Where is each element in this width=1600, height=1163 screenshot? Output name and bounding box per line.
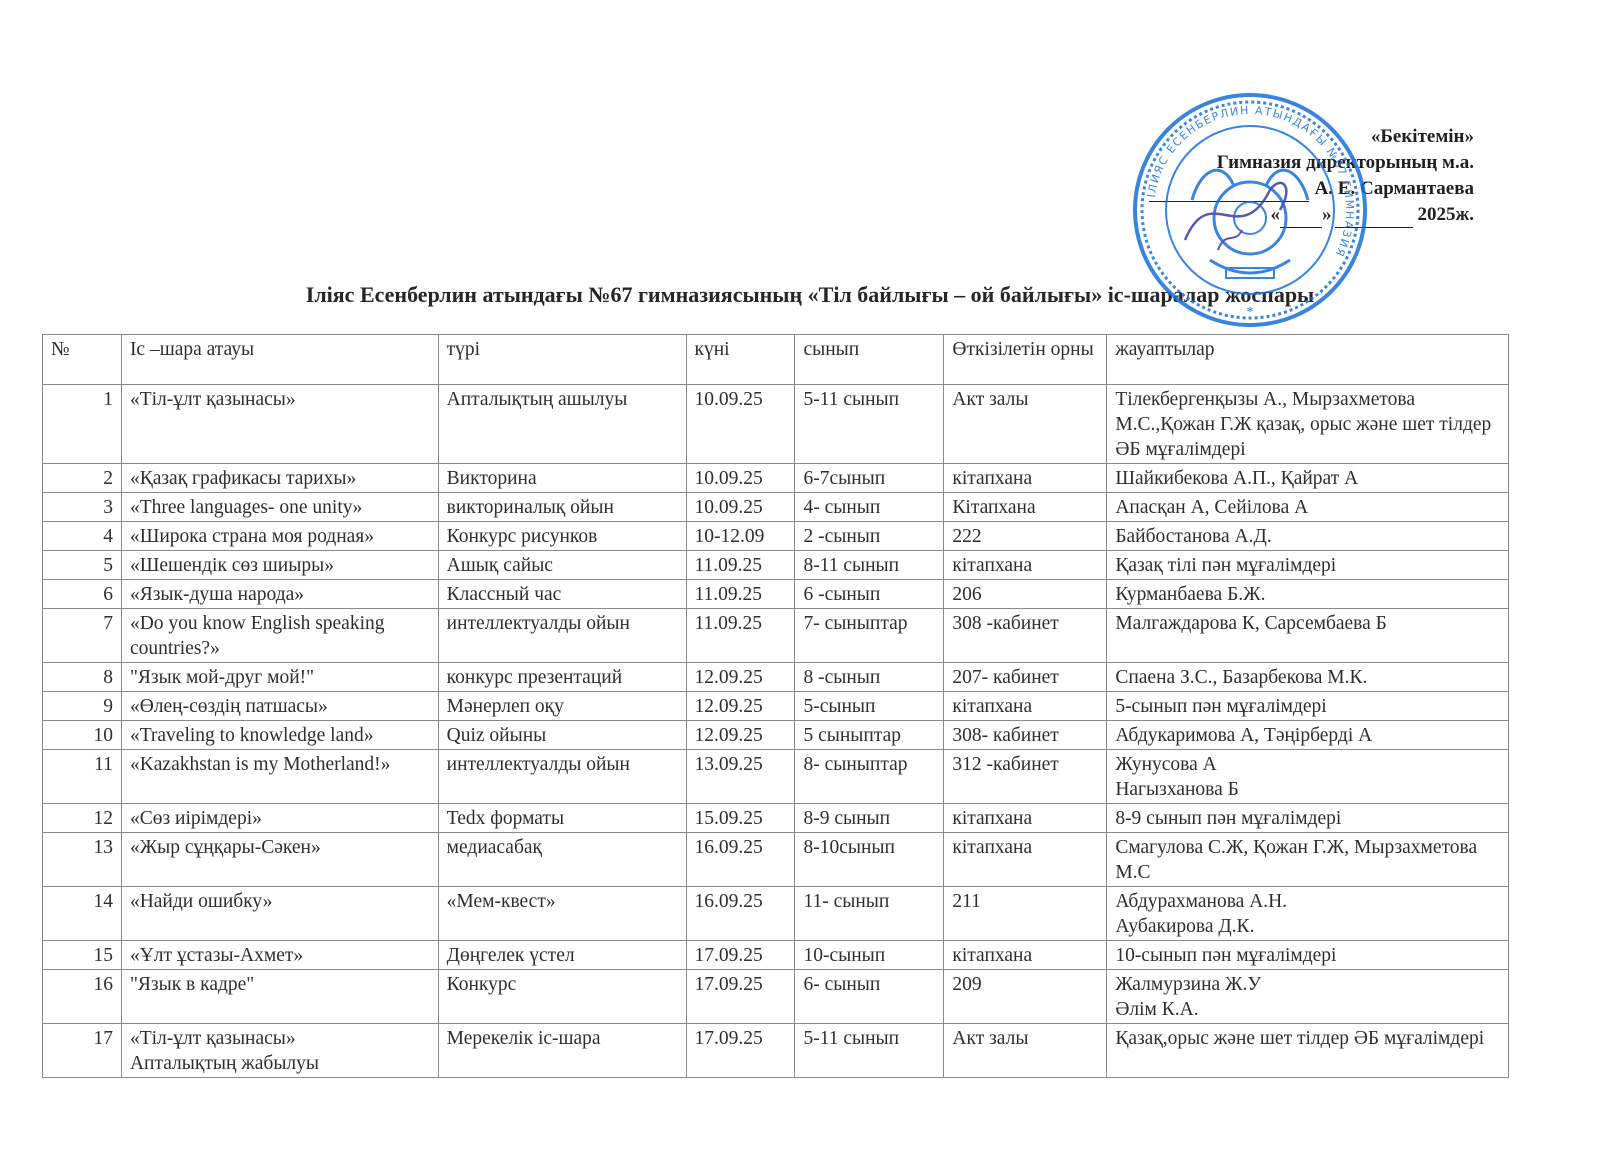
document-title: Іліяс Есенберлин атындағы №67 гимназиясы…: [0, 282, 1600, 308]
cell-type: Конкурс: [438, 970, 686, 1024]
cell-responsible-line: Әлім К.А.: [1115, 997, 1502, 1022]
date-month-blank: [1335, 209, 1413, 228]
cell-number: 4: [43, 522, 122, 551]
cell-responsible: Байбостанова А.Д.: [1107, 522, 1509, 551]
cell-date: 11.09.25: [686, 551, 795, 580]
cell-date: 10-12.09: [686, 522, 795, 551]
table-row: 11«Kazakhstan is my Motherland!»интеллек…: [43, 750, 1509, 804]
cell-event-name: «Широка страна моя родная»: [121, 522, 438, 551]
cell-place: 308- кабинет: [944, 721, 1107, 750]
cell-place: 222: [944, 522, 1107, 551]
cell-event-name: «Жыр сұңқары-Сәкен»: [121, 833, 438, 887]
cell-event-name-line: «Тіл-ұлт қазынасы»: [130, 1026, 432, 1051]
cell-place: Акт залы: [944, 385, 1107, 464]
cell-date: 12.09.25: [686, 663, 795, 692]
approval-position: Гимназия директорының м.а.: [1149, 150, 1474, 176]
cell-number: 14: [43, 887, 122, 941]
cell-class: 5-11 сынып: [795, 1024, 944, 1078]
cell-type: Мерекелік іс-шара: [438, 1024, 686, 1078]
cell-responsible: Жунусова АНагызханова Б: [1107, 750, 1509, 804]
cell-responsible: 5-сынып пән мұғалімдері: [1107, 692, 1509, 721]
cell-event-name: «Тіл-ұлт қазынасы»: [121, 385, 438, 464]
table-row: 17«Тіл-ұлт қазынасы»Апталықтың жабылуыМе…: [43, 1024, 1509, 1078]
table-row: 1«Тіл-ұлт қазынасы»Апталықтың ашылуы10.0…: [43, 385, 1509, 464]
cell-class: 5-11 сынып: [795, 385, 944, 464]
cell-date: 16.09.25: [686, 887, 795, 941]
cell-number: 10: [43, 721, 122, 750]
signature-line: [1149, 183, 1309, 202]
cell-responsible: Абдукаримова А, Тәңірберді А: [1107, 721, 1509, 750]
cell-class: 6 -сынып: [795, 580, 944, 609]
cell-date: 13.09.25: [686, 750, 795, 804]
header-event-name: Іс –шара атауы: [121, 335, 438, 385]
cell-type: интеллектуалды ойын: [438, 750, 686, 804]
cell-type: Ашық сайыс: [438, 551, 686, 580]
cell-class: 5-сынып: [795, 692, 944, 721]
date-open-quote: «: [1270, 204, 1280, 225]
cell-number: 6: [43, 580, 122, 609]
cell-responsible: Спаена З.С., Базарбекова М.К.: [1107, 663, 1509, 692]
cell-class: 8-10сынып: [795, 833, 944, 887]
cell-type: Апталықтың ашылуы: [438, 385, 686, 464]
cell-event-name: «Traveling to knowledge land»: [121, 721, 438, 750]
cell-type: интеллектуалды ойын: [438, 609, 686, 663]
cell-date: 10.09.25: [686, 385, 795, 464]
approval-signatory: А. Е. Сармантаева: [1315, 178, 1474, 199]
cell-type: Tedx форматы: [438, 804, 686, 833]
date-close-quote: »: [1322, 204, 1332, 225]
table-row: 13«Жыр сұңқары-Сәкен»медиасабақ16.09.258…: [43, 833, 1509, 887]
cell-event-name: "Язык в кадре": [121, 970, 438, 1024]
cell-responsible: Тілекбергенқызы А., Мырзахметова М.С.,Қо…: [1107, 385, 1509, 464]
cell-place: кітапхана: [944, 833, 1107, 887]
table-row: 6«Язык-душа народа»Классный час11.09.256…: [43, 580, 1509, 609]
cell-class: 8- сыныптар: [795, 750, 944, 804]
cell-responsible: Апасқан А, Сейілова А: [1107, 493, 1509, 522]
cell-number: 2: [43, 464, 122, 493]
cell-number: 12: [43, 804, 122, 833]
cell-place: 211: [944, 887, 1107, 941]
cell-number: 17: [43, 1024, 122, 1078]
cell-class: 8 -сынып: [795, 663, 944, 692]
cell-responsible-line: Абдурахманова А.Н.: [1115, 889, 1502, 914]
table-row: 16"Язык в кадре"Конкурс17.09.256- сынып2…: [43, 970, 1509, 1024]
cell-responsible: Жалмурзина Ж.УӘлім К.А.: [1107, 970, 1509, 1024]
cell-responsible-line: Жалмурзина Ж.У: [1115, 972, 1502, 997]
cell-event-name: "Язык мой-друг мой!": [121, 663, 438, 692]
cell-responsible: Қазақ,орыс және шет тілдер ӘБ мұғалімдер…: [1107, 1024, 1509, 1078]
cell-place: кітапхана: [944, 464, 1107, 493]
cell-type: Классный час: [438, 580, 686, 609]
cell-date: 11.09.25: [686, 609, 795, 663]
cell-class: 2 -сынып: [795, 522, 944, 551]
cell-responsible-line: Нагызханова Б: [1115, 777, 1502, 802]
cell-number: 16: [43, 970, 122, 1024]
cell-responsible: Курманбаева Б.Ж.: [1107, 580, 1509, 609]
cell-type: конкурс презентаций: [438, 663, 686, 692]
cell-place: кітапхана: [944, 551, 1107, 580]
table-row: 7«Do you know English speaking countries…: [43, 609, 1509, 663]
table-row: 3«Three languages- one unity»викториналы…: [43, 493, 1509, 522]
header-number: №: [43, 335, 122, 385]
cell-place: 209: [944, 970, 1107, 1024]
cell-class: 7- сыныптар: [795, 609, 944, 663]
cell-event-name: «Тіл-ұлт қазынасы»Апталықтың жабылуы: [121, 1024, 438, 1078]
cell-class: 11- сынып: [795, 887, 944, 941]
header-class: сынып: [795, 335, 944, 385]
table-row: 5«Шешендік сөз шиыры»Ашық сайыс11.09.258…: [43, 551, 1509, 580]
events-plan-table: № Іс –шара атауы түрі күні сынып Өткізіл…: [42, 334, 1509, 1078]
table-body: 1«Тіл-ұлт қазынасы»Апталықтың ашылуы10.0…: [43, 385, 1509, 1078]
table-row: 14«Найди ошибку»«Мем-квест»16.09.2511- с…: [43, 887, 1509, 941]
cell-type: Дөңгелек үстел: [438, 941, 686, 970]
cell-place: 308 -кабинет: [944, 609, 1107, 663]
table-row: 10«Traveling to knowledge land»Quiz ойын…: [43, 721, 1509, 750]
cell-class: 6-7сынып: [795, 464, 944, 493]
header-place: Өткізілетін орны: [944, 335, 1107, 385]
cell-event-name: «Ұлт ұстазы-Ахмет»: [121, 941, 438, 970]
cell-event-name: «Сөз иірімдері»: [121, 804, 438, 833]
cell-class: 4- сынып: [795, 493, 944, 522]
cell-number: 5: [43, 551, 122, 580]
table-row: 2«Қазақ графикасы тарихы»Викторина10.09.…: [43, 464, 1509, 493]
cell-type: Quiz ойыны: [438, 721, 686, 750]
cell-event-name: «Шешендік сөз шиыры»: [121, 551, 438, 580]
cell-place: Акт залы: [944, 1024, 1107, 1078]
cell-date: 17.09.25: [686, 941, 795, 970]
table-row: 8"Язык мой-друг мой!"конкурс презентаций…: [43, 663, 1509, 692]
cell-number: 1: [43, 385, 122, 464]
cell-number: 7: [43, 609, 122, 663]
cell-date: 11.09.25: [686, 580, 795, 609]
cell-responsible: Малгаждарова К, Сарсембаева Б: [1107, 609, 1509, 663]
cell-number: 9: [43, 692, 122, 721]
approval-heading: «Бекітемін»: [1149, 124, 1474, 150]
cell-event-name: «Язык-душа народа»: [121, 580, 438, 609]
cell-class: 5 сыныптар: [795, 721, 944, 750]
cell-place: кітапхана: [944, 941, 1107, 970]
cell-place: кітапхана: [944, 804, 1107, 833]
cell-number: 11: [43, 750, 122, 804]
table-row: 4«Широка страна моя родная»Конкурс рисун…: [43, 522, 1509, 551]
cell-event-name: «Өлең-сөздің патшасы»: [121, 692, 438, 721]
cell-number: 15: [43, 941, 122, 970]
cell-type: Викторина: [438, 464, 686, 493]
cell-type: Конкурс рисунков: [438, 522, 686, 551]
cell-responsible: Абдурахманова А.Н.Аубакирова Д.К.: [1107, 887, 1509, 941]
cell-date: 16.09.25: [686, 833, 795, 887]
approval-date: «»2025ж.: [1149, 202, 1474, 228]
cell-event-name: «Three languages- one unity»: [121, 493, 438, 522]
cell-date: 12.09.25: [686, 721, 795, 750]
cell-responsible: Смагулова С.Ж, Қожан Г.Ж, Мырзахметова М…: [1107, 833, 1509, 887]
cell-number: 8: [43, 663, 122, 692]
cell-place: Кітапхана: [944, 493, 1107, 522]
cell-type: медиасабақ: [438, 833, 686, 887]
cell-place: 207- кабинет: [944, 663, 1107, 692]
cell-date: 12.09.25: [686, 692, 795, 721]
cell-responsible: 10-сынып пән мұғалімдері: [1107, 941, 1509, 970]
table-row: 12«Сөз иірімдері»Tedx форматы15.09.258-9…: [43, 804, 1509, 833]
cell-responsible: Қазақ тілі пән мұғалімдері: [1107, 551, 1509, 580]
date-year: 2025ж.: [1417, 204, 1474, 225]
cell-place: кітапхана: [944, 692, 1107, 721]
cell-number: 13: [43, 833, 122, 887]
table-header-row: № Іс –шара атауы түрі күні сынып Өткізіл…: [43, 335, 1509, 385]
cell-date: 10.09.25: [686, 493, 795, 522]
cell-date: 17.09.25: [686, 970, 795, 1024]
cell-event-name: «Найди ошибку»: [121, 887, 438, 941]
table-row: 15«Ұлт ұстазы-Ахмет»Дөңгелек үстел17.09.…: [43, 941, 1509, 970]
cell-class: 8-11 сынып: [795, 551, 944, 580]
header-type: түрі: [438, 335, 686, 385]
cell-responsible: Шайкибекова А.П., Қайрат А: [1107, 464, 1509, 493]
cell-date: 10.09.25: [686, 464, 795, 493]
approval-block: «Бекітемін» Гимназия директорының м.а. А…: [1149, 124, 1474, 228]
cell-event-name-line: Апталықтың жабылуы: [130, 1051, 432, 1076]
cell-type: «Мем-квест»: [438, 887, 686, 941]
header-responsible: жауаптылар: [1107, 335, 1509, 385]
cell-number: 3: [43, 493, 122, 522]
cell-event-name: «Қазақ графикасы тарихы»: [121, 464, 438, 493]
cell-class: 10-сынып: [795, 941, 944, 970]
cell-type: викториналық ойын: [438, 493, 686, 522]
header-date: күні: [686, 335, 795, 385]
cell-responsible-line: Аубакирова Д.К.: [1115, 914, 1502, 939]
cell-place: 312 -кабинет: [944, 750, 1107, 804]
cell-responsible: 8-9 сынып пән мұғалімдері: [1107, 804, 1509, 833]
cell-place: 206: [944, 580, 1107, 609]
cell-event-name: «Kazakhstan is my Motherland!»: [121, 750, 438, 804]
approval-signatory-line: А. Е. Сармантаева: [1149, 176, 1474, 202]
cell-date: 15.09.25: [686, 804, 795, 833]
cell-event-name: «Do you know English speaking countries?…: [121, 609, 438, 663]
cell-class: 8-9 сынып: [795, 804, 944, 833]
cell-date: 17.09.25: [686, 1024, 795, 1078]
cell-type: Мәнерлеп оқу: [438, 692, 686, 721]
cell-class: 6- сынып: [795, 970, 944, 1024]
date-day-blank: [1280, 209, 1322, 228]
table-row: 9«Өлең-сөздің патшасы»Мәнерлеп оқу12.09.…: [43, 692, 1509, 721]
cell-responsible-line: Жунусова А: [1115, 752, 1502, 777]
